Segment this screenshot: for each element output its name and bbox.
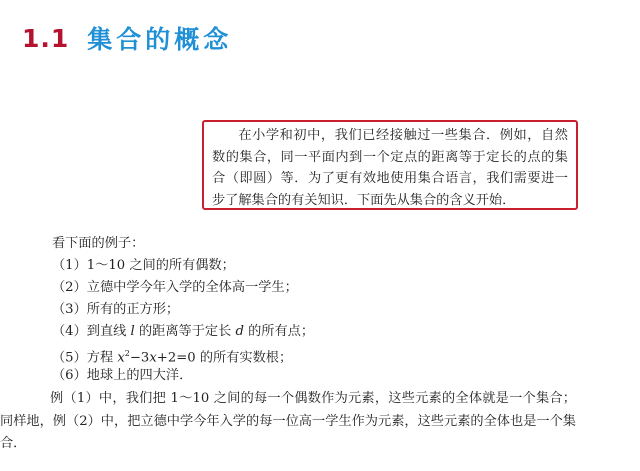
example-item-6: （6）地球上的四大洋．	[52, 365, 192, 387]
explanation-text: 例（1）中，我们把 1～10 之间的每一个偶数作为元素，这些元素的全体就是一个集…	[0, 388, 576, 456]
example-item-3: （3）所有的正方形；	[52, 299, 179, 321]
section-heading: 1.1 集合的概念	[22, 18, 232, 58]
intro-text: 在小学和初中，我们已经接触过一些集合．例如，自然数的集合，同一平面内到一个定点的…	[212, 125, 568, 211]
section-number: 1.1	[22, 24, 69, 53]
example-item-1: （1）1～10 之间的所有偶数；	[52, 255, 235, 277]
examples-heading: 看下面的例子：	[52, 233, 144, 255]
example-item-2: （2）立德中学今年入学的全体高一学生；	[52, 277, 298, 299]
section-title: 集合的概念	[87, 20, 232, 56]
example-item-4: （4）到直线 l 的距离等于定长 d 的所有点；	[52, 321, 314, 343]
intro-callout-box: 在小学和初中，我们已经接触过一些集合．例如，自然数的集合，同一平面内到一个定点的…	[202, 120, 578, 210]
explanation-paragraph: 例（1）中，我们把 1～10 之间的每一个偶数作为元素，这些元素的全体就是一个集…	[0, 388, 576, 456]
